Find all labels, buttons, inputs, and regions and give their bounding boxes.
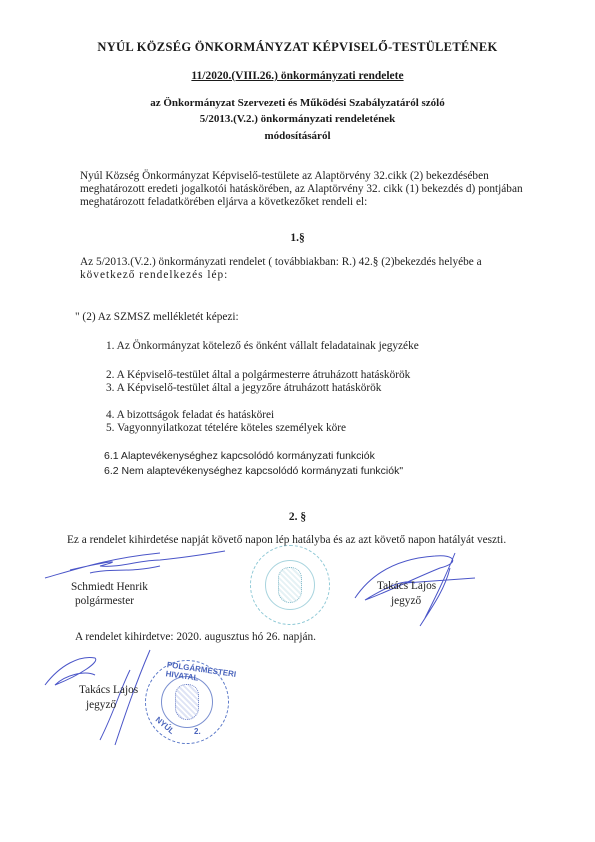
- preamble-line-1: Nyúl Község Önkormányzat Képviselő-testü…: [80, 170, 489, 182]
- notary-title: jegyző: [391, 595, 421, 607]
- mayor-title: polgármester: [75, 595, 134, 607]
- mayor-name: Schmiedt Henrik: [71, 581, 148, 593]
- preamble-line-3: meghatározott feladatkörében eljárva a k…: [80, 196, 367, 208]
- stamp-number: 2.: [194, 727, 201, 736]
- section1-text-1: Az 5/2013.(V.2.) önkormányzati rendelet …: [80, 256, 482, 268]
- subject-line-1: az Önkormányzat Szervezeti és Működési S…: [0, 97, 595, 109]
- list-item-2: 2. A Képviselő-testület által a polgárme…: [106, 369, 410, 381]
- promulgation-text: A rendelet kihirdetve: 2020. augusztus h…: [75, 631, 316, 643]
- section1-text-2: következő rendelkezés lép:: [80, 269, 228, 281]
- notary-name: Takács Lajos: [377, 580, 436, 592]
- quote-intro: " (2) Az SZMSZ mellékletét képezi:: [75, 311, 239, 323]
- subject-line-2: 5/2013.(V.2.) önkormányzati rendeletének: [0, 113, 595, 125]
- sub-item-6-1: 6.1 Alaptevékenységhez kapcsolódó kormán…: [104, 450, 375, 462]
- list-item-1: 1. Az Önkormányzat kötelező és önként vá…: [106, 340, 419, 352]
- office-stamp: POLGÁRMESTERI HIVATAL NYÚL 2.: [145, 660, 229, 744]
- section2-heading: 2. §: [0, 511, 595, 523]
- list-item-3: 3. A Képviselő-testület által a jegyzőre…: [106, 382, 381, 394]
- official-stamp: [250, 545, 330, 625]
- subject-line-3: módosításáról: [0, 130, 595, 142]
- section1-heading: 1.§: [0, 232, 595, 244]
- list-item-4: 4. A bizottságok feladat és hatáskörei: [106, 409, 274, 421]
- list-item-5: 5. Vagyonnyilatkozat tételére köteles sz…: [106, 422, 346, 434]
- final-notary-title: jegyző: [86, 699, 116, 711]
- preamble-line-2: meghatározott eredeti jogalkotói hatáskö…: [80, 183, 523, 195]
- document-title: NYÚL KÖZSÉG ÖNKORMÁNYZAT KÉPVISELŐ-TESTÜ…: [0, 40, 595, 55]
- final-notary-name: Takács Lajos: [79, 684, 138, 696]
- sub-item-6-2: 6.2 Nem alaptevékenységhez kapcsolódó ko…: [104, 465, 403, 477]
- decree-number: 11/2020.(VIII.26.) önkormányzati rendele…: [0, 70, 595, 82]
